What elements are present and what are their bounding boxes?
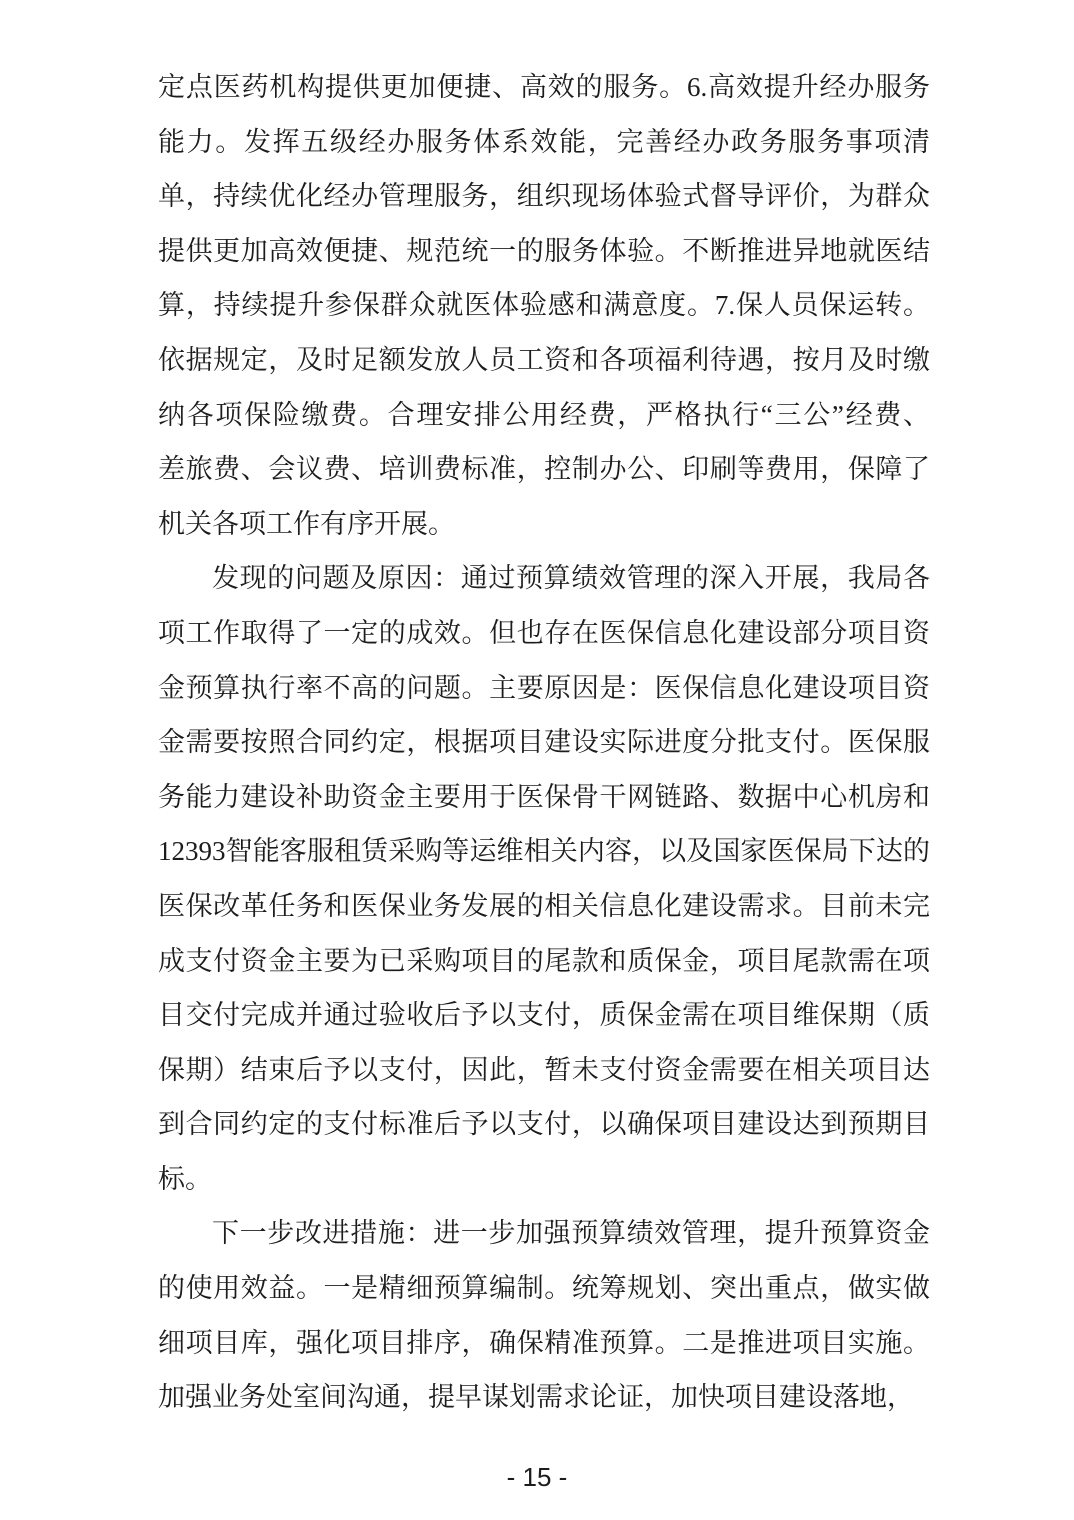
text-line: 依据规定，及时足额发放人员工资和各项福利待遇，按月及时缴 bbox=[158, 333, 930, 388]
text-line: 差旅费、会议费、培训费标准，控制办公、印刷等费用，保障了 bbox=[158, 442, 930, 497]
text-line: 的使用效益。一是精细预算编制。统筹规划、突出重点，做实做 bbox=[158, 1261, 930, 1316]
page-footer: - 15 - bbox=[0, 1462, 1074, 1493]
text-line: 标。 bbox=[158, 1152, 930, 1207]
text-line: 金预算执行率不高的问题。主要原因是：医保信息化建设项目资 bbox=[158, 661, 930, 716]
text-line: 成支付资金主要为已采购项目的尾款和质保金，项目尾款需在项 bbox=[158, 934, 930, 989]
text-line: 发现的问题及原因：通过预算绩效管理的深入开展，我局各 bbox=[158, 551, 930, 606]
text-line: 12393智能客服租赁采购等运维相关内容，以及国家医保局下达的 bbox=[158, 824, 930, 879]
text-line: 到合同约定的支付标准后予以支付，以确保项目建设达到预期目 bbox=[158, 1097, 930, 1152]
text-line: 提供更加高效便捷、规范统一的服务体验。不断推进异地就医结 bbox=[158, 224, 930, 279]
text-line: 单，持续优化经办管理服务，组织现场体验式督导评价，为群众 bbox=[158, 169, 930, 224]
text-line: 机关各项工作有序开展。 bbox=[158, 497, 930, 552]
page-body: 定点医药机构提供更加便捷、高效的服务。6.高效提升经办服务能力。发挥五级经办服务… bbox=[158, 60, 930, 1425]
page-number: - 15 - bbox=[507, 1462, 568, 1492]
text-line: 细项目库，强化项目排序，确保精准预算。二是推进项目实施。 bbox=[158, 1316, 930, 1371]
text-line: 下一步改进措施：进一步加强预算绩效管理，提升预算资金 bbox=[158, 1206, 930, 1261]
text-line: 定点医药机构提供更加便捷、高效的服务。6.高效提升经办服务 bbox=[158, 60, 930, 115]
text-line: 加强业务处室间沟通，提早谋划需求论证，加快项目建设落地， bbox=[158, 1370, 930, 1425]
paragraph-3: 下一步改进措施：进一步加强预算绩效管理，提升预算资金的使用效益。一是精细预算编制… bbox=[158, 1206, 930, 1424]
text-line: 项工作取得了一定的成效。但也存在医保信息化建设部分项目资 bbox=[158, 606, 930, 661]
text-line: 保期）结束后予以支付，因此，暂未支付资金需要在相关项目达 bbox=[158, 1043, 930, 1098]
text-line: 务能力建设补助资金主要用于医保骨干网链路、数据中心机房和 bbox=[158, 770, 930, 825]
paragraph-1: 定点医药机构提供更加便捷、高效的服务。6.高效提升经办服务能力。发挥五级经办服务… bbox=[158, 60, 930, 551]
document-page: 定点医药机构提供更加便捷、高效的服务。6.高效提升经办服务能力。发挥五级经办服务… bbox=[0, 0, 1074, 1520]
text-line: 能力。发挥五级经办服务体系效能，完善经办政务服务事项清 bbox=[158, 115, 930, 170]
text-line: 目交付完成并通过验收后予以支付，质保金需在项目维保期（质 bbox=[158, 988, 930, 1043]
text-line: 医保改革任务和医保业务发展的相关信息化建设需求。目前未完 bbox=[158, 879, 930, 934]
paragraph-2: 发现的问题及原因：通过预算绩效管理的深入开展，我局各项工作取得了一定的成效。但也… bbox=[158, 551, 930, 1206]
text-line: 纳各项保险缴费。合理安排公用经费，严格执行“三公”经费、 bbox=[158, 388, 930, 443]
text-line: 金需要按照合同约定，根据项目建设实际进度分批支付。医保服 bbox=[158, 715, 930, 770]
text-line: 算，持续提升参保群众就医体验感和满意度。7.保人员保运转。 bbox=[158, 278, 930, 333]
